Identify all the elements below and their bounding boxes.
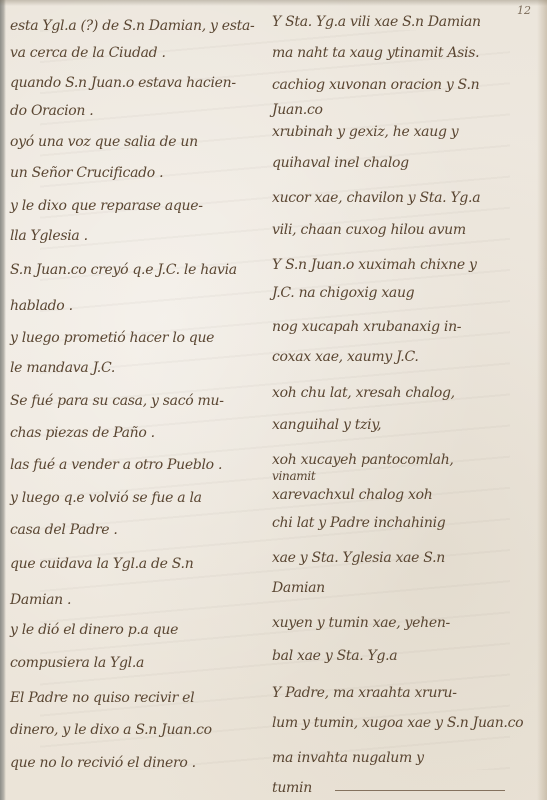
spanish-line: quando S.n Juan.o estava hacien- (10, 75, 236, 91)
kaqchikel-line: J.C. na chigoxig xaug (272, 285, 414, 301)
spanish-line: oyó una voz que salia de un (10, 134, 198, 150)
kaqchikel-line: Y Sta. Yg.a vili xae S.n Damian (272, 14, 481, 30)
kaqchikel-line: xarevachxul chalog xoh (272, 487, 432, 503)
spanish-line: le mandava J.C. (10, 360, 115, 376)
kaqchikel-line: vinamit (272, 469, 315, 483)
kaqchikel-line: Y Padre, ma xraahta xruru- (272, 685, 457, 701)
spanish-line: do Oracion . (10, 103, 93, 119)
manuscript-page: 12 esta Ygl.a (?) de S.n Damian, y esta-… (0, 0, 547, 800)
spanish-line: dinero, y le dixo a S.n Juan.co (10, 722, 212, 738)
kaqchikel-line: vili, chaan cuxog hilou avum (272, 222, 466, 238)
spanish-line: y le dió el dinero p.a que (10, 622, 178, 638)
binding-edge (0, 0, 6, 800)
page-top-shadow (0, 0, 547, 6)
spanish-line: y le dixo que reparase aque- (10, 198, 203, 214)
kaqchikel-line: bal xae y Sta. Yg.a (272, 648, 397, 664)
kaqchikel-line: xucor xae, chavilon y Sta. Yg.a (272, 190, 480, 206)
kaqchikel-line: xanguihal y tziy, (272, 417, 381, 433)
kaqchikel-line: nog xucapah xrubanaxig in- (272, 319, 461, 335)
kaqchikel-line: lum y tumin, xugoa xae y S.n Juan.co (272, 715, 523, 731)
spanish-line: va cerca de la Ciudad . (10, 45, 166, 61)
kaqchikel-line: coxax xae, xaumy J.C. (272, 349, 419, 365)
spanish-line: y luego q.e volvió se fue a la (10, 490, 202, 506)
kaqchikel-line: Damian (272, 580, 325, 596)
kaqchikel-line: chi lat y Padre inchahinig (272, 515, 445, 531)
kaqchikel-line: cachiog xuvonan oracion y S.n (272, 77, 479, 93)
spanish-line: esta Ygl.a (?) de S.n Damian, y esta- (10, 18, 254, 34)
spanish-line: Se fué para su casa, y sacó mu- (10, 393, 224, 409)
spanish-line: un Señor Crucificado . (10, 165, 163, 181)
kaqchikel-line: Y S.n Juan.o xuximah chixne y (272, 257, 477, 273)
kaqchikel-line: quihaval inel chalog (272, 155, 409, 171)
kaqchikel-line: xoh xucayeh pantocomlah, (272, 452, 454, 468)
kaqchikel-line: xrubinah y gexiz, he xaug y (272, 124, 458, 140)
spanish-line: casa del Padre . (10, 522, 118, 538)
spanish-line: y luego prometió hacer lo que (10, 330, 214, 346)
kaqchikel-line: xuyen y tumin xae, yehen- (272, 615, 450, 631)
end-of-text-rule (335, 790, 505, 791)
kaqchikel-line: tumin (272, 780, 312, 796)
spanish-line: que no lo recivió el dinero . (10, 755, 196, 771)
spanish-line: S.n Juan.co creyó q.e J.C. le havia (10, 262, 237, 278)
kaqchikel-line: xoh chu lat, xresah chalog, (272, 385, 455, 401)
spanish-line: las fué a vender a otro Pueblo . (10, 457, 222, 473)
spanish-line: Damian . (10, 592, 71, 608)
spanish-line: chas piezas de Paño . (10, 425, 155, 441)
kaqchikel-line: ma naht ta xaug ytinamit Asis. (272, 45, 479, 61)
spanish-line: lla Yglesia . (10, 228, 88, 244)
spanish-line: que cuidava la Ygl.a de S.n (10, 556, 193, 572)
kaqchikel-line: ma invahta nugalum y (272, 750, 424, 766)
page-right-edge (537, 0, 547, 800)
spanish-line: compusiera la Ygl.a (10, 655, 144, 671)
folio-number: 12 (517, 4, 531, 17)
kaqchikel-line: Juan.co (272, 102, 323, 118)
spanish-line: El Padre no quiso recivir el (10, 690, 194, 706)
kaqchikel-line: xae y Sta. Yglesia xae S.n (272, 550, 445, 566)
spanish-line: hablado . (10, 298, 73, 314)
